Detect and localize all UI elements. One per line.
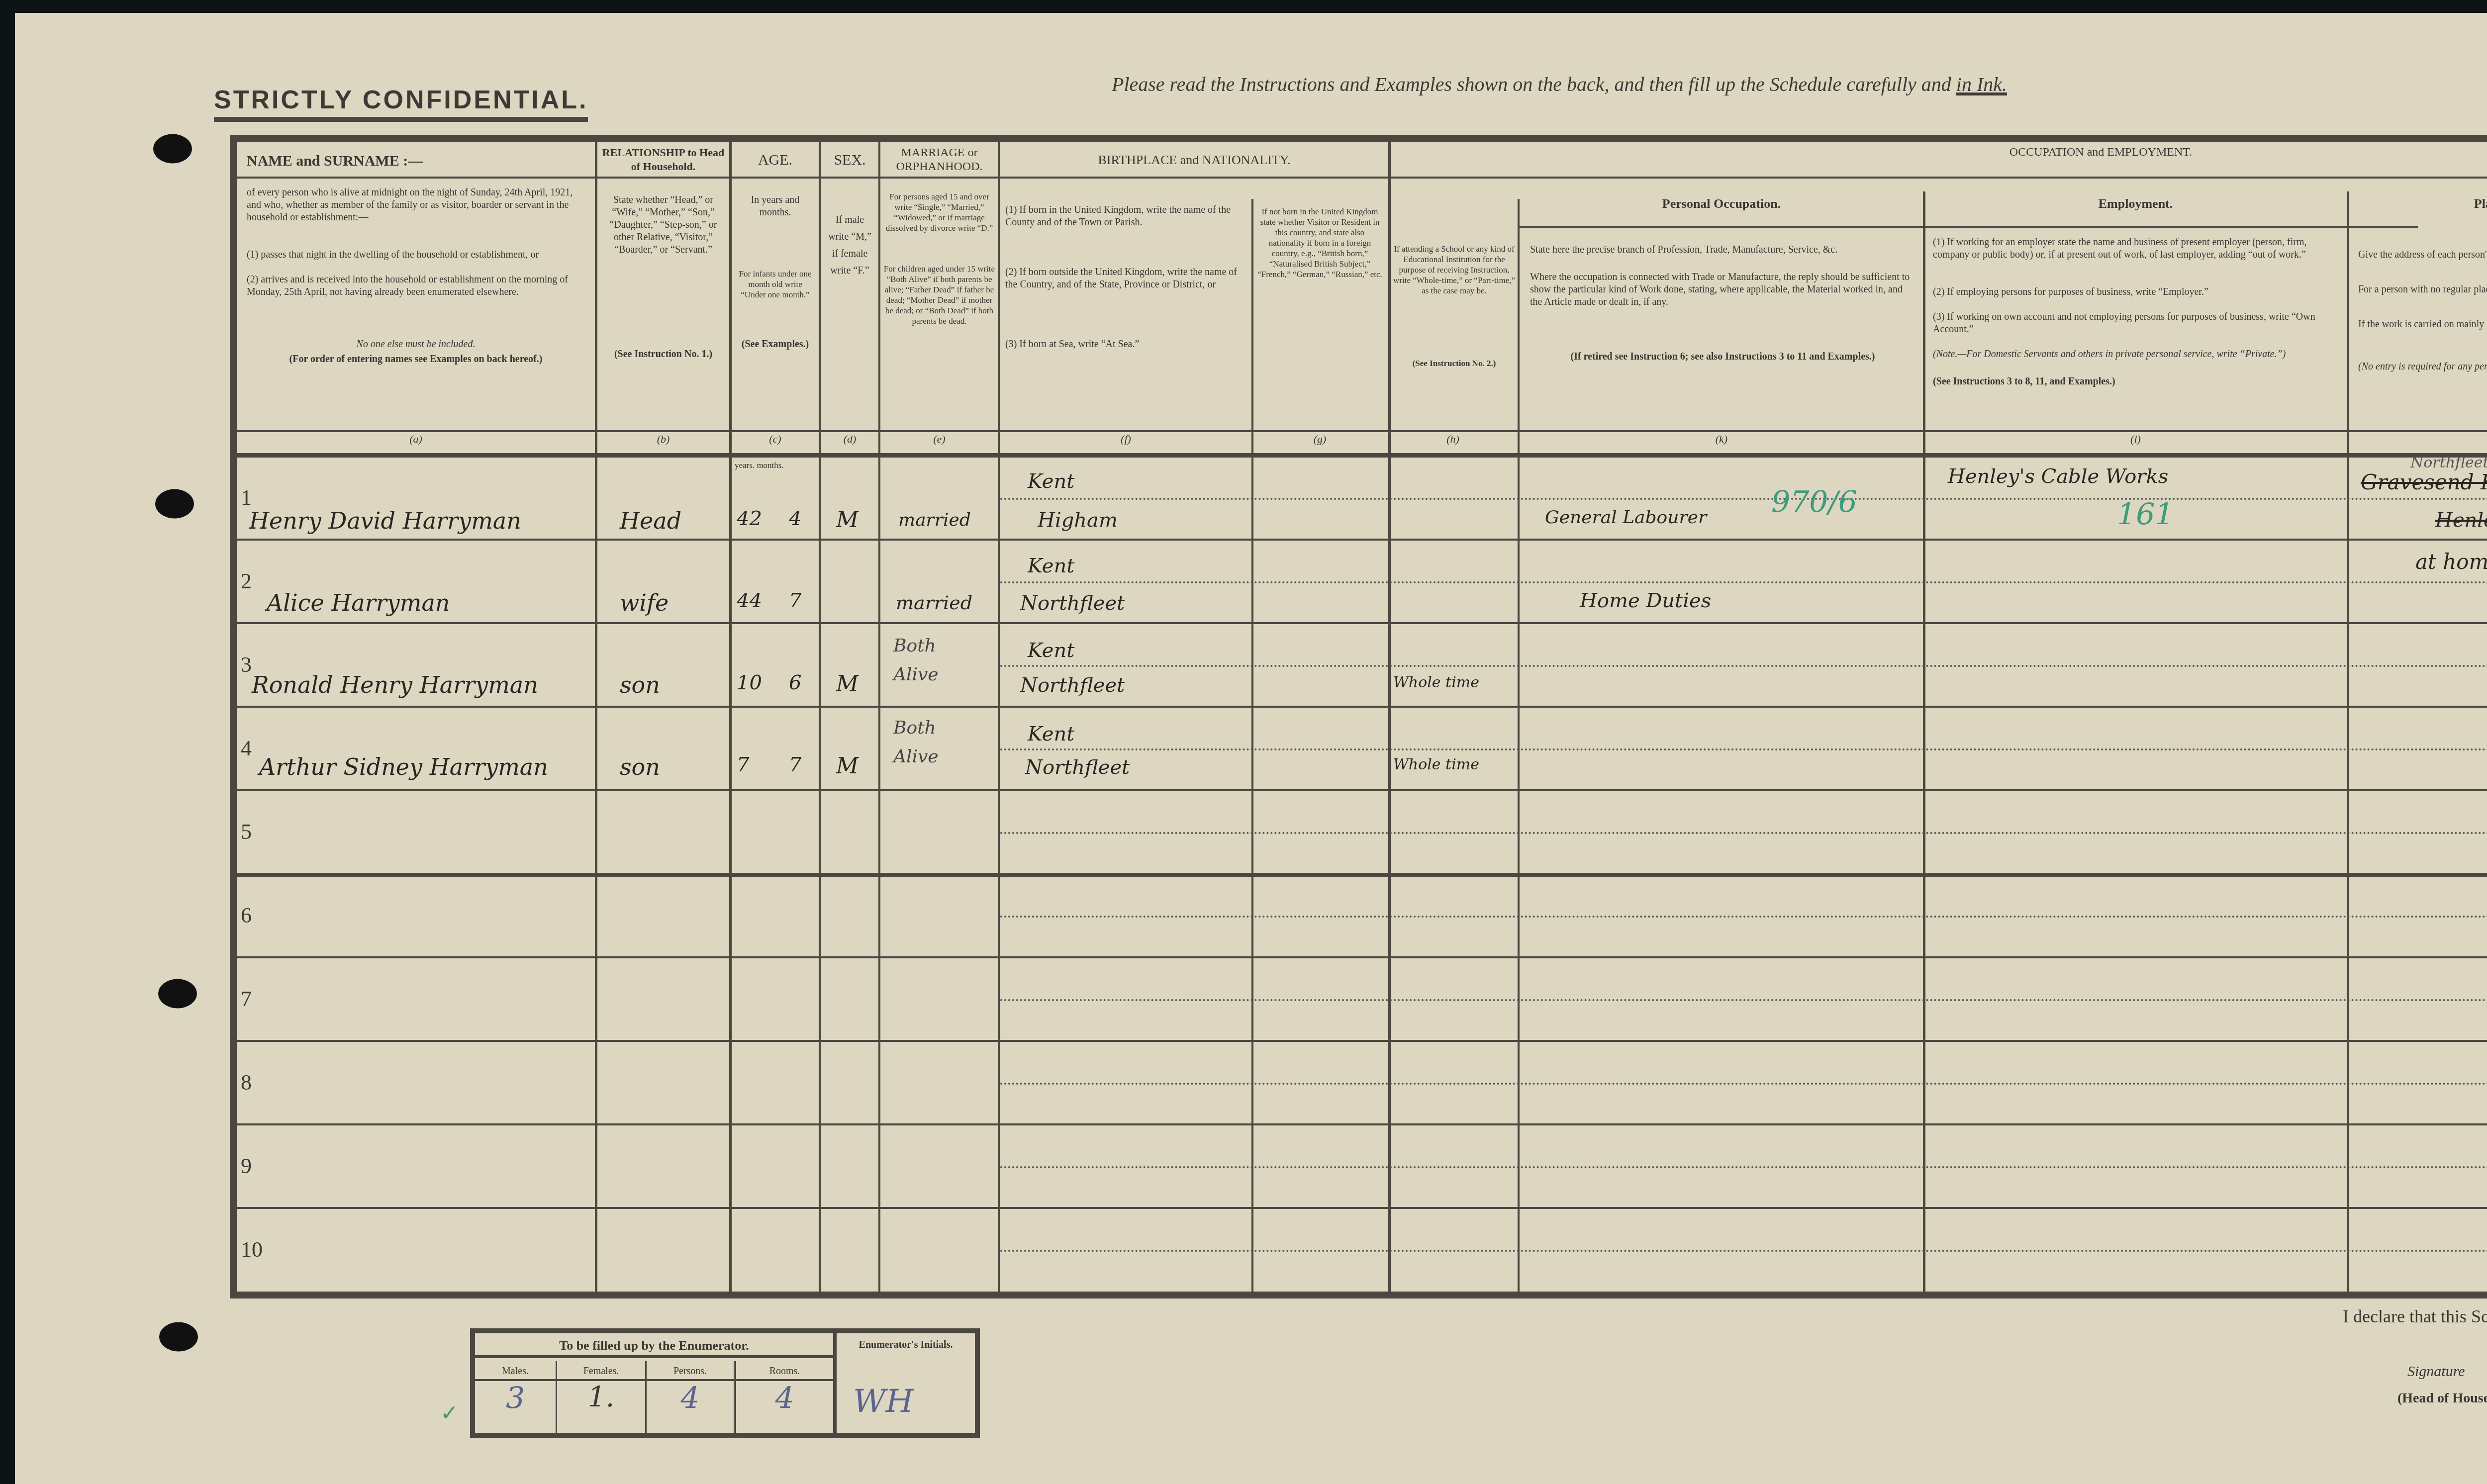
person-age-years[interactable]: 44 <box>737 589 762 612</box>
person-age-years[interactable]: 42 <box>737 507 762 530</box>
row-divider <box>237 1207 2487 1209</box>
column-e-adults: For persons aged 15 and over write “Sing… <box>883 191 995 233</box>
column-a-order: (For order of entering names see Example… <box>247 353 585 366</box>
birth-town[interactable]: Higham <box>1038 509 1118 532</box>
column-h-body: If attending a School or any kind of Edu… <box>1393 244 1515 296</box>
person-orphanhood[interactable]: Both Alive <box>893 714 953 771</box>
dotted-guide <box>1000 498 2487 500</box>
divider <box>1388 142 1391 1292</box>
row-number: 4 <box>241 736 252 761</box>
divider <box>819 142 821 1292</box>
column-f-item2: (2) If born outside the United Kingdom, … <box>1005 266 1246 291</box>
column-h-ref: (See Instruction No. 2.) <box>1393 358 1515 369</box>
person-age-months[interactable]: 7 <box>789 589 801 612</box>
column-m-note: (No entry is required for any person who… <box>2358 361 2487 373</box>
place-of-work-line2[interactable]: Henleys <box>2435 509 2487 532</box>
dotted-guide <box>1000 999 2487 1001</box>
rooms-value[interactable]: 4 <box>736 1381 833 1416</box>
row-divider <box>237 539 2487 541</box>
signature-note: (Head of Household, Manager of Establish… <box>2397 1391 2487 1406</box>
enumerator-totals-title: To be filled up by the Enumerator. <box>475 1333 833 1358</box>
person-marriage[interactable]: married <box>896 592 972 614</box>
column-b-ref: (See Instruction No. 1.) <box>602 348 724 361</box>
birth-town[interactable]: Northfleet <box>1025 756 1130 779</box>
place-of-work[interactable]: Gravesend Kent <box>2361 470 2487 494</box>
divider <box>1251 199 1253 1292</box>
column-k-letter: (k) <box>1520 433 1923 446</box>
column-f-item1: (1) If born in the United Kingdom, write… <box>1005 204 1246 229</box>
column-g-letter: (g) <box>1251 433 1388 446</box>
females-cell: Females. 1. <box>557 1361 647 1433</box>
column-a-item2: (2) arrives and is received into the hou… <box>247 274 585 298</box>
person-sex[interactable]: M <box>836 507 859 533</box>
person-name[interactable]: Henry David Harryman <box>249 507 521 534</box>
row-number: 1 <box>241 485 252 510</box>
confidential-heading: STRICTLY CONFIDENTIAL. <box>214 85 588 122</box>
instructions-line: Please read the Instructions and Example… <box>1112 73 2007 96</box>
place-of-work[interactable]: at home <box>2415 550 2487 574</box>
divider <box>237 177 2487 179</box>
divider <box>998 142 1000 1292</box>
person-sex[interactable]: M <box>836 753 859 779</box>
row-divider <box>237 956 2487 958</box>
school-attendance[interactable]: Whole time <box>1393 674 1479 691</box>
column-h-letter: (h) <box>1388 433 1518 446</box>
column-d-body: If male write “M,” if female write “F.” <box>826 211 873 279</box>
column-d-title: SEX. <box>821 152 878 169</box>
person-name[interactable]: Alice Harryman <box>267 589 450 616</box>
personal-occupation[interactable]: General Labourer <box>1545 507 1707 528</box>
person-relationship[interactable]: son <box>620 671 660 698</box>
birth-county[interactable]: Kent <box>1028 639 1074 662</box>
person-sex[interactable]: M <box>836 671 859 697</box>
person-age-months[interactable]: 6 <box>789 671 801 694</box>
dotted-guide <box>1000 1166 2487 1168</box>
birth-town[interactable]: Northfleet <box>1020 674 1125 697</box>
schedule-table: NAME and SURNAME :— of every person who … <box>230 135 2487 1298</box>
column-l-item1: (1) If working for an employer state the… <box>1933 236 2341 261</box>
row-number: 3 <box>241 652 252 677</box>
row-divider <box>237 622 2487 624</box>
person-orphanhood[interactable]: Both Alive <box>893 632 953 689</box>
age-subheader: years. months. <box>732 460 819 470</box>
divider <box>595 142 597 1292</box>
column-a-letter: (a) <box>247 433 585 446</box>
column-e-title: MARRIAGE or ORPHANHOOD. <box>881 146 998 174</box>
occupation-group-title: OCCUPATION and EMPLOYMENT. <box>1520 146 2487 159</box>
divider <box>237 430 2487 432</box>
column-f-item3: (3) If born at Sea, write “At Sea.” <box>1005 338 1246 351</box>
persons-value[interactable]: 4 <box>647 1381 734 1416</box>
person-age-months[interactable]: 7 <box>789 753 801 776</box>
column-b-body: State whether “Head,” or “Wife,” “Mother… <box>602 194 724 256</box>
person-age-years[interactable]: 7 <box>737 753 749 776</box>
persons-header: Persons. <box>647 1361 734 1381</box>
column-k-ref: (If retired see Instruction 6; see also … <box>1530 351 1915 363</box>
birthplace-group-title: BIRTHPLACE and NATIONALITY. <box>1000 153 1388 168</box>
column-l-title: Employment. <box>1925 196 2346 211</box>
person-name[interactable]: Ronald Henry Harryman <box>252 671 538 698</box>
row-number: 5 <box>241 819 252 844</box>
column-a-title: NAME and SURNAME :— <box>247 153 585 170</box>
column-a-item1: (1) passes that night in the dwelling of… <box>247 249 585 261</box>
dotted-guide <box>1000 581 2487 583</box>
dotted-guide <box>1000 832 2487 834</box>
birth-county[interactable]: Kent <box>1028 555 1074 577</box>
person-name[interactable]: Arthur Sidney Harryman <box>259 753 548 780</box>
row-number: 2 <box>241 568 252 594</box>
column-m-letter: (m) <box>2349 433 2487 446</box>
females-value[interactable]: 1. <box>557 1381 645 1413</box>
column-l-letter: (l) <box>1925 433 2346 446</box>
birth-town[interactable]: Northfleet <box>1020 592 1125 615</box>
column-b-letter: (b) <box>597 433 729 446</box>
column-e-letter: (e) <box>881 433 998 446</box>
dotted-guide <box>1000 916 2487 918</box>
column-c-body: In years and months. <box>737 194 814 219</box>
census-schedule-page: STRICTLY CONFIDENTIAL. Please read the I… <box>15 13 2487 1484</box>
column-m-body1: Give the address of each person's place … <box>2358 249 2487 261</box>
row-divider <box>237 873 2487 877</box>
years-label: years. <box>735 461 755 470</box>
column-k-body2: Where the occupation is connected with T… <box>1530 271 1915 308</box>
row-divider <box>237 789 2487 791</box>
column-d-letter: (d) <box>821 433 878 446</box>
person-relationship[interactable]: wife <box>620 589 669 616</box>
column-l-note: (Note.—For Domestic Servants and others … <box>1933 348 2341 361</box>
row-number: 9 <box>241 1153 252 1179</box>
enumerator-totals-box: To be filled up by the Enumerator. Enume… <box>470 1328 980 1438</box>
males-header: Males. <box>475 1361 556 1381</box>
divider <box>1923 191 1925 1292</box>
enumerator-initials[interactable]: WH <box>853 1383 914 1420</box>
dotted-guide <box>1000 665 2487 667</box>
column-k-title: Personal Occupation. <box>1520 196 1923 211</box>
row-number: 6 <box>241 903 252 928</box>
in-ink-text: in Ink. <box>1956 73 2007 95</box>
rooms-header: Rooms. <box>736 1361 833 1381</box>
person-age-months[interactable]: 4 <box>789 507 801 530</box>
row-number: 8 <box>241 1070 252 1095</box>
dotted-guide <box>1000 1250 2487 1252</box>
school-attendance[interactable]: Whole time <box>1393 756 1479 773</box>
row-divider <box>237 1040 2487 1042</box>
column-l-item2: (2) If employing persons for purposes of… <box>1933 286 2341 298</box>
person-relationship[interactable]: Head <box>620 507 681 534</box>
column-c-title: AGE. <box>732 152 819 169</box>
person-marriage[interactable]: married <box>898 510 971 530</box>
persons-cell: Persons. 4 <box>647 1361 736 1433</box>
column-k-body1: State here the precise branch of Profess… <box>1530 244 1915 256</box>
males-cell: Males. 3 <box>475 1361 557 1433</box>
employer-code: 161 <box>2117 497 2174 532</box>
dotted-guide <box>1000 1083 2487 1085</box>
column-g-body: If not born in the United Kingdom state … <box>1256 206 1383 279</box>
check-mark-icon: ✓ <box>440 1400 459 1426</box>
column-a-note: No one else must be included. <box>247 338 585 351</box>
row-number: 10 <box>241 1237 263 1262</box>
dotted-guide <box>1000 748 2487 750</box>
signature-label: Signature <box>2407 1363 2465 1380</box>
divider <box>1518 226 2418 228</box>
column-b-title: RELATIONSHIP to Head of Household. <box>597 146 729 174</box>
row-number: 7 <box>241 986 252 1012</box>
divider <box>729 142 732 1292</box>
column-a-body: of every person who is alive at midnight… <box>247 186 585 224</box>
months-label: months. <box>757 461 783 470</box>
column-e-children: For children aged under 15 write “Both A… <box>883 264 995 326</box>
punch-hole <box>158 979 197 1009</box>
punch-hole <box>155 489 194 519</box>
row-divider <box>237 706 2487 708</box>
column-c-letter: (c) <box>732 433 819 446</box>
column-l-ref: (See Instructions 3 to 8, 11, and Exampl… <box>1933 375 2341 388</box>
females-header: Females. <box>557 1361 645 1381</box>
person-age-years[interactable]: 10 <box>737 671 762 694</box>
person-relationship[interactable]: son <box>620 753 660 780</box>
divider <box>2347 191 2349 1292</box>
row-divider <box>237 1123 2487 1125</box>
punch-hole <box>159 1322 198 1352</box>
birth-county[interactable]: Kent <box>1028 470 1074 493</box>
column-c-ref: (See Examples.) <box>737 338 814 351</box>
declaration-text: I declare that this Schedule is correctl… <box>2343 1306 2487 1327</box>
column-l-item3: (3) If working on own account and not em… <box>1933 311 2341 336</box>
punch-hole <box>153 134 192 164</box>
column-m-body2: For a person with no regular place of wo… <box>2358 283 2487 296</box>
column-m-body3: If the work is carried on mainly at home… <box>2358 318 2487 331</box>
divider <box>1518 199 1520 1292</box>
employer[interactable]: Henley's Cable Works <box>1948 465 2168 488</box>
personal-occupation[interactable]: Home Duties <box>1580 589 1711 612</box>
males-value[interactable]: 3 <box>475 1381 556 1416</box>
birth-county[interactable]: Kent <box>1028 723 1074 745</box>
column-f-letter: (f) <box>1000 433 1251 446</box>
divider <box>237 453 2487 458</box>
rooms-cell: Rooms. 4 <box>736 1361 833 1433</box>
divider <box>878 142 880 1292</box>
column-c-infants: For infants under one month old write “U… <box>737 269 814 300</box>
instructions-text: Please read the Instructions and Example… <box>1112 73 1956 95</box>
occupation-code: 970/6 <box>1771 485 1857 520</box>
column-m-title: Place of Work. <box>2349 196 2487 211</box>
place-of-work-correction[interactable]: Northfleet <box>2410 454 2487 471</box>
